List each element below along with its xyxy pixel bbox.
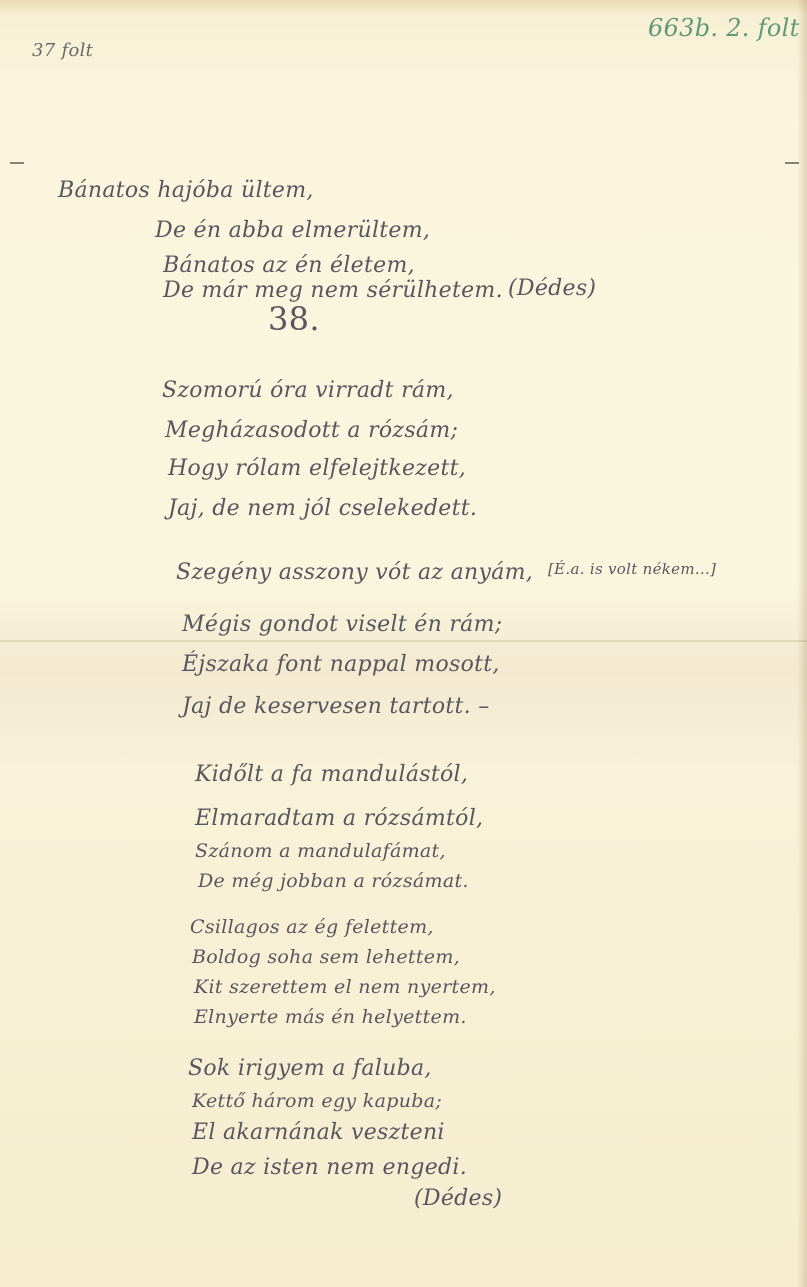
- stanza5-line-1: Sok irigyem a faluba,: [188, 1056, 432, 1081]
- stanza2-line-2: Mégis gondot viselt én rám;: [182, 612, 502, 637]
- stanza3-line-1: Kidőlt a fa mandulástól,: [195, 762, 468, 787]
- stanza2-line-4: Jaj de keservesen tartott. –: [182, 694, 490, 719]
- margin-tick-left: [10, 162, 24, 164]
- stanza2-margin-note: [É.a. is volt nékem...]: [548, 560, 716, 578]
- song37-line-1: Bánatos hajóba ültem,: [58, 178, 314, 203]
- song38-informant: (Dédes): [414, 1186, 502, 1211]
- song37-line-3: Bánatos az én életem,: [163, 253, 415, 278]
- manuscript-page: 37 folt 663b. 2. folt Bánatos hajóba ült…: [0, 0, 807, 1287]
- folio-note: 37 folt: [32, 40, 93, 61]
- stanza4-line-3: Kit szerettem el nem nyertem,: [194, 976, 496, 998]
- stanza4-line-1: Csillagos az ég felettem,: [190, 916, 434, 938]
- song37-line-2: De én abba elmerültem,: [155, 218, 430, 243]
- song37-line-4: De már meg nem sérülhetem.: [163, 278, 503, 303]
- stanza3-line-2: Elmaradtam a rózsámtól,: [195, 806, 483, 831]
- stanza5-line-4: De az isten nem engedi.: [192, 1155, 467, 1180]
- archive-number: 663b. 2. folt: [648, 14, 800, 42]
- stanza4-line-2: Boldog soha sem lehettem,: [192, 946, 460, 968]
- stanza3-line-3: Szánom a mandulafámat,: [195, 840, 446, 862]
- stanza2-line-3: Éjszaka font nappal mosott,: [182, 652, 500, 677]
- margin-tick-right: [785, 162, 799, 164]
- stanza1-line-4: Jaj, de nem jól cselekedett.: [168, 496, 477, 521]
- song37-informant: (Dédes): [508, 276, 596, 301]
- stanza1-line-3: Hogy rólam elfelejtkezett,: [168, 456, 466, 481]
- stanza4-line-4: Elnyerte más én helyettem.: [194, 1006, 467, 1028]
- stanza5-line-3: El akarnának veszteni: [192, 1120, 445, 1145]
- stanza2-line-1: Szegény asszony vót az anyám,: [176, 560, 533, 585]
- song38-number: 38.: [268, 300, 320, 338]
- stanza1-line-2: Megházasodott a rózsám;: [165, 418, 458, 443]
- paper-fold: [0, 640, 807, 642]
- stanza5-line-2: Kettő három egy kapuba;: [192, 1090, 442, 1112]
- stanza1-line-1: Szomorú óra virradt rám,: [162, 378, 454, 403]
- stanza3-line-4: De még jobban a rózsámat.: [198, 870, 469, 892]
